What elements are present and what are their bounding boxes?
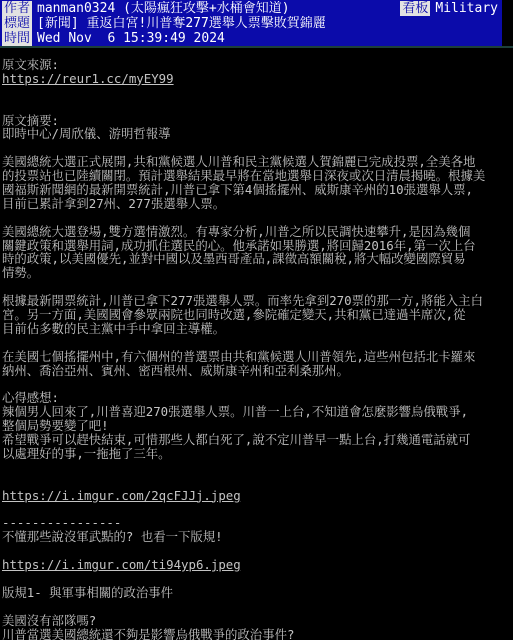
body-text-line: 根據最新開票統計,川普已拿下277張選舉人票。而率先拿到270票的那一方,將能入… — [2, 294, 511, 308]
body-text-line: 不懂那些說沒軍武點的? 也看一下版規! — [2, 530, 511, 544]
body-text-line: 即時中心/周欣儀、游明哲報導 — [2, 127, 511, 141]
blank-line — [2, 544, 511, 558]
url-link[interactable]: https://reur1.cc/myEY99 — [2, 72, 511, 86]
url-link-text[interactable]: https://i.imgur.com/2qcFJJj.jpeg — [2, 488, 241, 503]
article-body: 原文來源:https://reur1.cc/myEY99 原文摘要:即時中心/周… — [0, 48, 513, 640]
blank-line — [2, 211, 511, 225]
time-row: 時間 Wed Nov 6 15:39:49 2024 — [0, 31, 502, 46]
board-name[interactable]: Military — [435, 1, 498, 16]
url-link-text[interactable]: https://reur1.cc/myEY99 — [2, 71, 174, 86]
blank-line — [2, 280, 511, 294]
url-link[interactable]: https://i.imgur.com/2qcFJJj.jpeg — [2, 489, 511, 503]
body-text-line: 美國總統大選正式展開,共和黨候選人川普和民主黨候選人賀錦麗已完成投票,全美各地 — [2, 155, 511, 169]
signature-separator: ---------------- — [2, 516, 511, 530]
body-text-line: 目前佔多數的民主黨中手中拿回主導權。 — [2, 322, 511, 336]
title-row: 標題 [新聞] 重返白宮!川普奪277選舉人票擊敗賀錦麗 — [0, 16, 502, 31]
body-text-line: 辣個男人回來了,川普喜迎270張選舉人票。川普一上台,不知道會怎麼影響烏俄戰爭, — [2, 405, 511, 419]
ptt-terminal: 作者 manman0324 (太陽瘋狂攻擊+水桶會知道) 看板 Military… — [0, 0, 513, 640]
title-label: 標題 — [2, 16, 32, 31]
board-label: 看板 — [400, 1, 430, 16]
url-link[interactable]: https://i.imgur.com/ti94yp6.jpeg — [2, 558, 511, 572]
blank-line — [2, 336, 511, 350]
body-text-line: 國福斯新聞網的最新開票統計,川普已拿下第4個搖擺州、威斯康辛州的10張選舉人票, — [2, 183, 511, 197]
article-header: 作者 manman0324 (太陽瘋狂攻擊+水桶會知道) 看板 Military… — [0, 0, 502, 46]
body-text-line: 的投票站也已陸續關閉。預計選舉結果最早將在當地選舉日深夜或次日清晨揭曉。根據美 — [2, 169, 511, 183]
body-text-line: 宮。另一方面,美國國會參眾兩院也同時改選,參院確定變天,共和黨已達過半席次,從 — [2, 308, 511, 322]
body-text-line: 美國沒有部隊嗎? — [2, 614, 511, 628]
url-link-text[interactable]: https://i.imgur.com/ti94yp6.jpeg — [2, 557, 241, 572]
blank-line — [2, 100, 511, 114]
body-text-line: 版規1- 與軍事相關的政治事件 — [2, 586, 511, 600]
blank-line — [2, 503, 511, 517]
blank-line — [2, 141, 511, 155]
blank-line — [2, 600, 511, 614]
body-text-line: 情勢。 — [2, 266, 511, 280]
body-text-line: 目前已累計拿到27州、277張選舉人票。 — [2, 197, 511, 211]
author-row: 作者 manman0324 (太陽瘋狂攻擊+水桶會知道) 看板 Military — [0, 1, 502, 16]
blank-line — [2, 572, 511, 586]
body-text-line: 在美國七個搖擺州中,有六個州的普選票由共和黨候選人川普領先,這些州包括北卡羅來 — [2, 350, 511, 364]
body-text-line: 原文摘要: — [2, 114, 511, 128]
article-time: Wed Nov 6 15:39:49 2024 — [37, 31, 225, 46]
blank-line — [2, 86, 511, 100]
time-label: 時間 — [2, 31, 32, 46]
body-text-line: 心得感想: — [2, 391, 511, 405]
blank-line — [2, 377, 511, 391]
author-label: 作者 — [2, 1, 32, 16]
body-text-line: 整個局勢要變了吧! — [2, 419, 511, 433]
body-text-line: 納州、喬治亞州、賓州、密西根州、威斯康辛州和亞利桑那州。 — [2, 364, 511, 378]
body-text-line: 以處理好的事,一拖拖了三年。 — [2, 447, 511, 461]
body-text-line: 美國總統大選登場,雙方選情激烈。有專家分析,川普之所以民調快速攀升,是因為幾個 — [2, 225, 511, 239]
article-title: [新聞] 重返白宮!川普奪277選舉人票擊敗賀錦麗 — [37, 16, 326, 31]
blank-line — [2, 475, 511, 489]
body-text-line: 原文來源: — [2, 58, 511, 72]
author-value: manman0324 (太陽瘋狂攻擊+水桶會知道) — [37, 1, 290, 16]
body-text-line: 希望戰爭可以趕快結束,可惜那些人都白死了,說不定川普早一點上台,打幾通電話就可 — [2, 433, 511, 447]
body-text-line: 時的政策,以美國優先,並對中國以及墨西哥產品,課徵高額關稅,將大幅改變國際貿易 — [2, 252, 511, 266]
blank-line — [2, 461, 511, 475]
body-text-line: 川普當選美國總統還不夠是影響烏俄戰爭的政治事件? — [2, 628, 511, 640]
body-text-line: 關鍵政策和選舉用詞,成功抓住選民的心。他承諾如果勝選,將回歸2016年,第一次上… — [2, 239, 511, 253]
